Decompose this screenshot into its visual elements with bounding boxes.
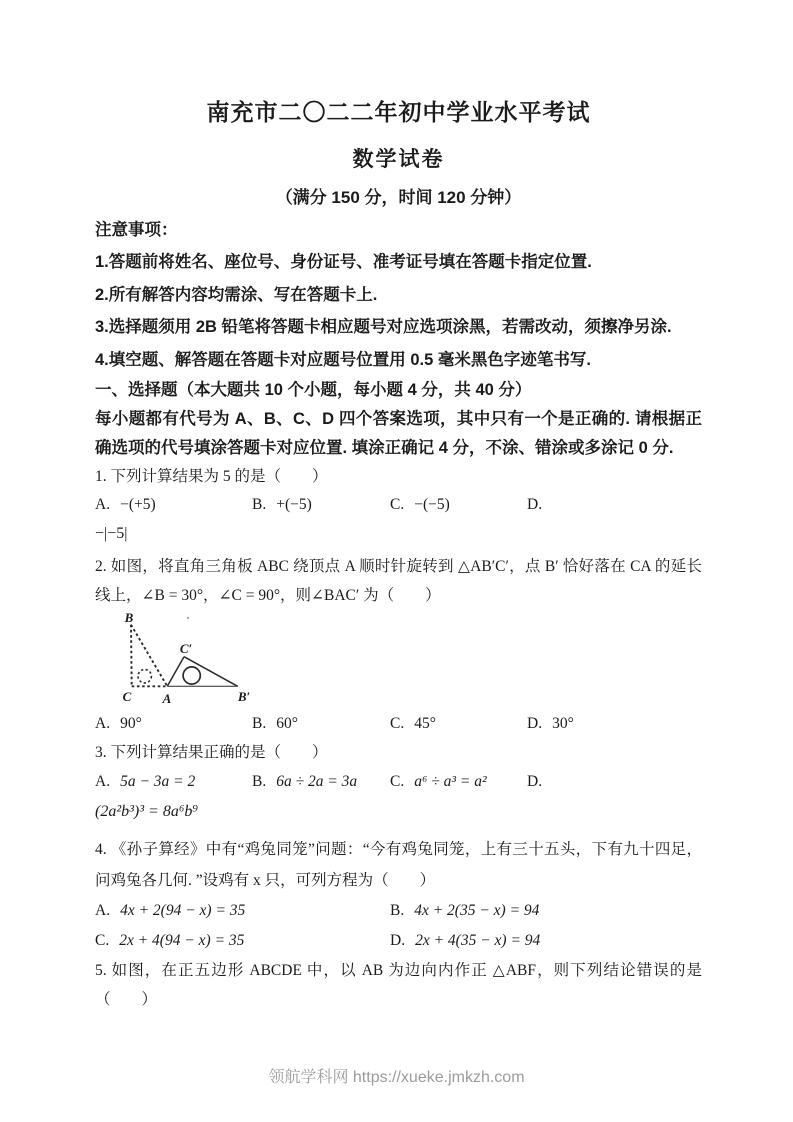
q3-option-b-value: 6a ÷ 2a = 3a	[276, 773, 357, 790]
exam-subject: 数学试卷	[95, 145, 702, 175]
q4-option-a: A.4x + 2(94 − x) = 35	[95, 896, 390, 926]
q2-option-c-value: 45°	[414, 715, 436, 732]
section-one-rules: 每小题都有代号为 A、B、C、D 四个答案选项，其中只有一个是正确的. 请根据正…	[95, 405, 702, 463]
q3-option-a-value: 5a − 3a = 2	[120, 773, 195, 790]
q1-option-b-label: B.	[252, 496, 266, 513]
scan-speck	[187, 617, 189, 619]
notice-heading: 注意事项：	[95, 215, 702, 246]
q4-option-c-value: 2x + 4(94 − x) = 35	[119, 932, 244, 949]
question-1: 1. 下列计算结果为 5 的是（ ） A.−(+5) B.+(−5) C.−(−…	[95, 463, 702, 549]
q3-option-a: A.5a − 3a = 2	[95, 767, 252, 796]
q3-option-d-label: D.	[527, 773, 542, 790]
q2-option-c-label: C.	[390, 715, 404, 732]
q1-option-b: B.+(−5)	[252, 490, 390, 519]
section-one-heading: 一、选择题（本大题共 10 个小题，每小题 4 分，共 40 分）	[95, 376, 702, 405]
question-4: 4. 《孙子算经》中有“鸡兔同笼”问题：“今有鸡兔同笼，上有三十五头，下有九十四…	[95, 834, 702, 956]
q2-option-a-value: 90°	[120, 715, 142, 732]
q4-option-d-value: 2x + 4(35 − x) = 94	[415, 932, 540, 949]
q4-option-d-label: D.	[390, 932, 405, 949]
vertex-label-b-prime: B′	[237, 689, 251, 704]
question-2: 2. 如图，将直角三角板 ABC 绕顶点 A 顺时针旋转到 △AB′C′，点 B…	[95, 552, 702, 738]
q2-option-b: B.60°	[252, 709, 390, 738]
q4-option-a-label: A.	[95, 902, 110, 919]
vertex-label-b: B	[124, 612, 134, 625]
q1-option-c-value: −(−5)	[414, 496, 450, 513]
question-5-stem: 5. 如图，在正五边形 ABCDE 中，以 AB 为边向内作正 △ABF，则下列…	[95, 956, 702, 1014]
q1-option-a-value: −(+5)	[120, 496, 156, 513]
question-2-stem: 2. 如图，将直角三角板 ABC 绕顶点 A 顺时针旋转到 △AB′C′，点 B…	[95, 552, 702, 610]
q4-option-a-value: 4x + 2(94 − x) = 35	[120, 902, 245, 919]
q2-option-b-label: B.	[252, 715, 266, 732]
q2-option-d-value: 30°	[552, 715, 574, 732]
q4-option-c: C.2x + 4(94 − x) = 35	[95, 926, 390, 956]
q1-option-a-label: A.	[95, 496, 110, 513]
exam-title: 南充市二〇二二年初中学业水平考试	[95, 96, 702, 128]
q1-option-d-value: −|−5|	[95, 519, 702, 549]
q4-option-c-label: C.	[95, 932, 109, 949]
exam-content: 南充市二〇二二年初中学业水平考试 数学试卷 （满分 150 分，时间 120 分…	[95, 0, 702, 1014]
vertex-label-a: A	[162, 691, 172, 706]
question-5: 5. 如图，在正五边形 ABCDE 中，以 AB 为边向内作正 △ABF，则下列…	[95, 956, 702, 1014]
q4-option-b: B.4x + 2(35 − x) = 94	[390, 896, 702, 926]
q2-option-a: A.90°	[95, 709, 252, 738]
q2-option-d-label: D.	[527, 715, 542, 732]
vertex-label-c-prime: C′	[180, 641, 193, 656]
exam-page: 南充市二〇二二年初中学业水平考试 数学试卷 （满分 150 分，时间 120 分…	[0, 0, 793, 1122]
question-3-stem: 3. 下列计算结果正确的是（ ）	[95, 738, 702, 767]
q3-option-a-label: A.	[95, 773, 110, 790]
q3-option-c-label: C.	[390, 773, 404, 790]
question-3-options: A.5a − 3a = 2 B.6a ÷ 2a = 3a C.a⁶ ÷ a³ =…	[95, 767, 702, 796]
q4-option-b-label: B.	[390, 902, 404, 919]
q1-option-a: A.−(+5)	[95, 490, 252, 519]
watermark-footer: 领航学科网 https://xueke.jmkzh.com	[0, 1066, 793, 1090]
q2-rotated-triangle-figure: B C A C′ B′	[107, 612, 267, 709]
question-2-options: A.90° B.60° C.45° D.30°	[95, 709, 702, 738]
vertex-label-c: C	[123, 689, 132, 704]
q4-option-d: D.2x + 4(35 − x) = 94	[390, 926, 702, 956]
question-4-options-row-1: A.4x + 2(94 − x) = 35 B.4x + 2(35 − x) =…	[95, 896, 702, 926]
q3-option-c: C.a⁶ ÷ a³ = a²	[390, 767, 527, 796]
question-4-options-row-2: C.2x + 4(94 − x) = 35 D.2x + 4(35 − x) =…	[95, 926, 702, 956]
question-3: 3. 下列计算结果正确的是（ ） A.5a − 3a = 2 B.6a ÷ 2a…	[95, 738, 702, 828]
exam-score-duration: （满分 150 分，时间 120 分钟）	[95, 183, 702, 213]
notice-item-2: 2.所有解答内容均需涂、写在答题卡上.	[95, 279, 702, 312]
q3-option-b-label: B.	[252, 773, 266, 790]
q2-option-c: C.45°	[390, 709, 527, 738]
watermark-text: 领航学科网 https://xueke.jmkzh.com	[268, 1069, 524, 1086]
q3-option-c-value: a⁶ ÷ a³ = a²	[414, 773, 486, 790]
question-4-stem: 4. 《孙子算经》中有“鸡兔同笼”问题：“今有鸡兔同笼，上有三十五头，下有九十四…	[95, 834, 702, 896]
q3-option-d-value: (2a²b³)³ = 8a⁶b⁹	[95, 796, 702, 828]
q1-option-c: C.−(−5)	[390, 490, 527, 519]
q3-option-b: B.6a ÷ 2a = 3a	[252, 767, 390, 796]
notice-item-3: 3.选择题须用 2B 铅笔将答题卡相应题号对应选项涂黑，若需改动，须擦净另涂.	[95, 311, 702, 344]
rotated-triangle-solid	[167, 657, 237, 687]
original-triangle-dotted	[131, 625, 167, 687]
q2-option-d: D.30°	[527, 709, 702, 738]
question-1-stem: 1. 下列计算结果为 5 的是（ ）	[95, 463, 702, 490]
q4-option-b-value: 4x + 2(35 − x) = 94	[414, 902, 539, 919]
q2-figure-wrapper: B C A C′ B′	[107, 612, 702, 709]
q3-option-d: D.	[527, 767, 702, 796]
q2-option-b-value: 60°	[276, 715, 298, 732]
q1-option-c-label: C.	[390, 496, 404, 513]
q2-option-a-label: A.	[95, 715, 110, 732]
question-1-options: A.−(+5) B.+(−5) C.−(−5) D.	[95, 490, 702, 519]
q1-option-d-label: D.	[527, 496, 542, 513]
q1-option-b-value: +(−5)	[276, 496, 312, 513]
q1-option-d: D.	[527, 490, 702, 519]
notice-item-4: 4.填空题、解答题在答题卡对应题号位置用 0.5 毫米黑色字迹笔书写.	[95, 344, 702, 377]
notice-item-1: 1.答题前将姓名、座位号、身份证号、准考证号填在答题卡指定位置.	[95, 246, 702, 279]
